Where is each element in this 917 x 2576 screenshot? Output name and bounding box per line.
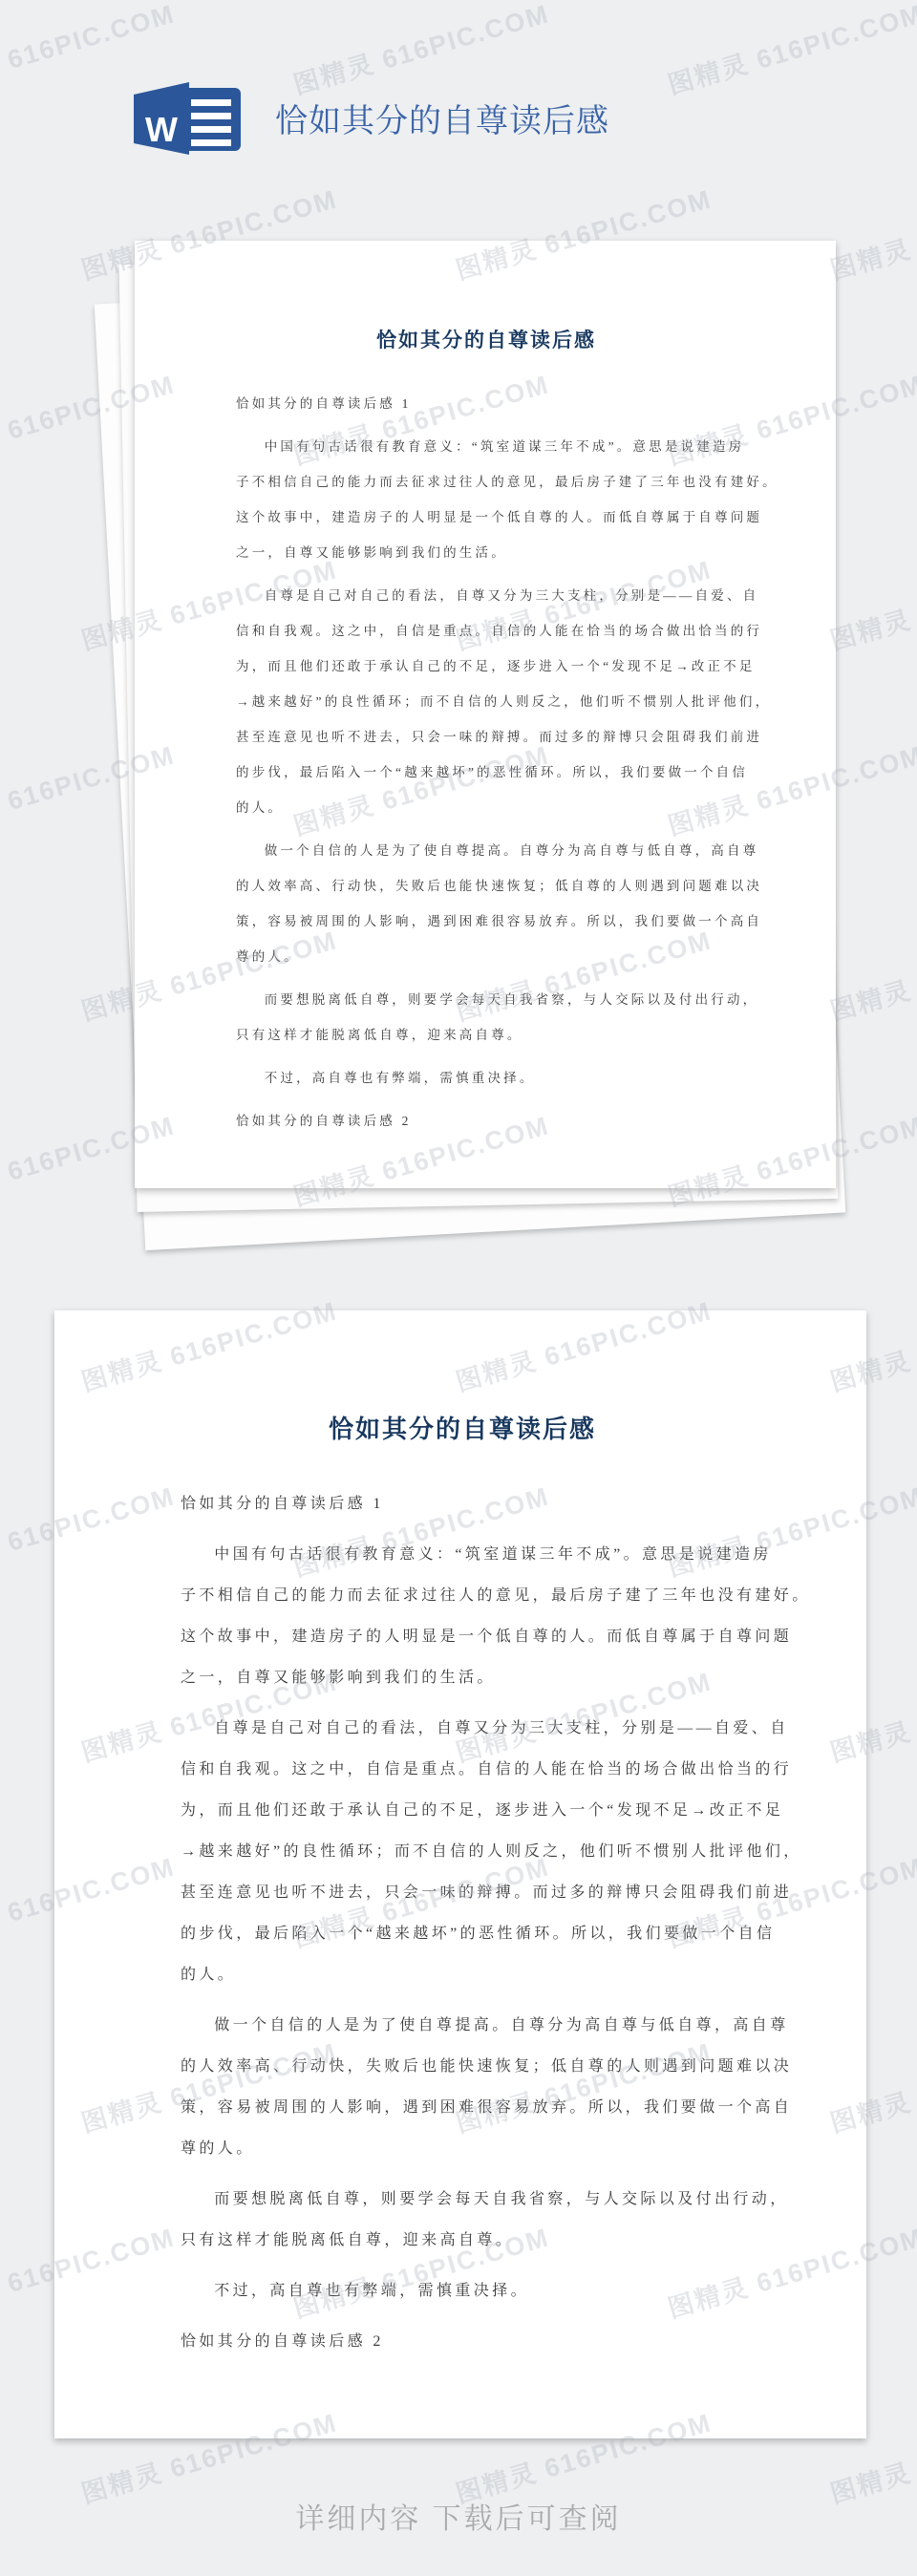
doc-line: 的步伐，最后陷入一个“越来越坏”的恶性循环。所以，我们要做一个自信 bbox=[236, 755, 736, 790]
doc-line: 自尊是自己对自己的看法，自尊又分为三大支柱，分别是——自爱、自 bbox=[236, 578, 736, 613]
doc-line: 为，而且他们还敢于承认自己的不足，逐步进入一个“发现不足→改正不足 bbox=[181, 1790, 744, 1831]
doc-line: 子不相信自己的能力而去征求过往人的意见，最后房子建了三年也没有建好。 bbox=[236, 464, 736, 500]
doc-line: 中国有句古话很有教育意义：“筑室道谋三年不成”。意思是说建造房 bbox=[181, 1534, 744, 1575]
header: W 恰如其分的自尊读后感 bbox=[124, 78, 609, 157]
word-icon-letter: W bbox=[145, 110, 178, 149]
doc-line: 之一，自尊又能够影响到我们的生活。 bbox=[236, 535, 736, 570]
doc-line: 中国有句古话很有教育意义：“筑室道谋三年不成”。意思是说建造房 bbox=[236, 429, 736, 464]
doc-line: 甚至连意见也听不进去，只会一味的辩搏。而过多的辩博只会阻碍我们前进 bbox=[181, 1872, 744, 1913]
doc-line: 的人。 bbox=[181, 1954, 744, 1995]
doc-line: 尊的人。 bbox=[236, 939, 736, 974]
paragraph: 不过，高自尊也有弊端，需慎重决择。 bbox=[181, 2270, 744, 2311]
doc-line: 不过，高自尊也有弊端，需慎重决择。 bbox=[236, 1060, 736, 1096]
doc-line: 做一个自信的人是为了使自尊提高。自尊分为高自尊与低自尊，高自尊 bbox=[181, 2005, 744, 2046]
document-preview-page-1: 恰如其分的自尊读后感恰如其分的自尊读后感 1中国有句古话很有教育意义：“筑室道谋… bbox=[135, 241, 836, 1188]
paragraph: 中国有句古话很有教育意义：“筑室道谋三年不成”。意思是说建造房子不相信自己的能力… bbox=[236, 429, 736, 570]
doc-line: 信和自我观。这之中，自信是重点。自信的人能在恰当的场合做出恰当的行 bbox=[236, 613, 736, 649]
document-body: 恰如其分的自尊读后感 1中国有句古话很有教育意义：“筑室道谋三年不成”。意思是说… bbox=[236, 386, 736, 1139]
doc-line: 只有这样才能脱离低自尊，迎来高自尊。 bbox=[236, 1017, 736, 1053]
document-body: 恰如其分的自尊读后感 1中国有句古话很有教育意义：“筑室道谋三年不成”。意思是说… bbox=[181, 1483, 744, 2362]
word-file-icon: W bbox=[124, 78, 243, 157]
doc-line: 只有这样才能脱离低自尊，迎来高自尊。 bbox=[181, 2220, 744, 2261]
download-hint-text: 详细内容 下载后可查阅 bbox=[0, 2495, 917, 2537]
paragraph: 而要想脱离低自尊，则要学会每天自我省察，与人交际以及付出行动，只有这样才能脱离低… bbox=[181, 2179, 744, 2261]
doc-line: 策，容易被周围的人影响，遇到困难很容易放弃。所以，我们要做一个高自 bbox=[236, 904, 736, 939]
watermark-text: 图精灵 616PIC.COM bbox=[663, 0, 917, 101]
doc-line: 信和自我观。这之中，自信是重点。自信的人能在恰当的场合做出恰当的行 bbox=[181, 1749, 744, 1790]
document-title: 恰如其分的自尊读后感 bbox=[236, 325, 736, 353]
document-preview-page-2: 恰如其分的自尊读后感恰如其分的自尊读后感 1中国有句古话很有教育意义：“筑室道谋… bbox=[54, 1310, 866, 2438]
section-heading: 恰如其分的自尊读后感 1 bbox=[236, 386, 736, 421]
doc-line: 甚至连意见也听不进去，只会一味的辩搏。而过多的辩博只会阻碍我们前进 bbox=[236, 719, 736, 755]
doc-line: 子不相信自己的能力而去征求过往人的意见，最后房子建了三年也没有建好。 bbox=[181, 1575, 744, 1616]
watermark-text: 图精灵 616PIC.COM bbox=[825, 179, 917, 287]
doc-line: 这个故事中，建造房子的人明显是一个低自尊的人。而低自尊属于自尊问题 bbox=[181, 1616, 744, 1657]
document-preview-stack: 恰如其分的自尊读后感恰如其分的自尊读后感 1中国有句古话很有教育意义：“筑室道谋… bbox=[135, 241, 836, 1188]
doc-line: 而要想脱离低自尊，则要学会每天自我省察，与人交际以及付出行动， bbox=[181, 2179, 744, 2220]
doc-line: 为，而且他们还敢于承认自己的不足，逐步进入一个“发现不足→改正不足 bbox=[236, 649, 736, 684]
doc-line: →越来越好”的良性循环；而不自信的人则反之，他们听不惯别人批评他们， bbox=[181, 1831, 744, 1872]
doc-line: 不过，高自尊也有弊端，需慎重决择。 bbox=[181, 2270, 744, 2311]
doc-line: 之一，自尊又能够影响到我们的生活。 bbox=[181, 1657, 744, 1698]
doc-line: 而要想脱离低自尊，则要学会每天自我省察，与人交际以及付出行动， bbox=[236, 982, 736, 1017]
doc-line: 的步伐，最后陷入一个“越来越坏”的恶性循环。所以，我们要做一个自信 bbox=[181, 1913, 744, 1954]
section-heading: 恰如其分的自尊读后感 2 bbox=[236, 1103, 736, 1139]
doc-line: 尊的人。 bbox=[181, 2128, 744, 2169]
doc-line: 策，容易被周围的人影响，遇到困难很容易放弃。所以，我们要做一个高自 bbox=[181, 2087, 744, 2128]
doc-line: 这个故事中，建造房子的人明显是一个低自尊的人。而低自尊属于自尊问题 bbox=[236, 500, 736, 535]
doc-line: 的人效率高、行动快，失败后也能快速恢复；低自尊的人则遇到问题难以决 bbox=[181, 2046, 744, 2087]
paragraph: 做一个自信的人是为了使自尊提高。自尊分为高自尊与低自尊，高自尊的人效率高、行动快… bbox=[236, 833, 736, 974]
paragraph: 中国有句古话很有教育意义：“筑室道谋三年不成”。意思是说建造房子不相信自己的能力… bbox=[181, 1534, 744, 1698]
paragraph: 而要想脱离低自尊，则要学会每天自我省察，与人交际以及付出行动，只有这样才能脱离低… bbox=[236, 982, 736, 1053]
doc-line: 做一个自信的人是为了使自尊提高。自尊分为高自尊与低自尊，高自尊 bbox=[236, 833, 736, 868]
paragraph: 自尊是自己对自己的看法，自尊又分为三大支柱，分别是——自爱、自信和自我观。这之中… bbox=[181, 1708, 744, 1995]
document-title: 恰如其分的自尊读后感 bbox=[181, 1410, 744, 1445]
doc-line: 的人效率高、行动快，失败后也能快速恢复；低自尊的人则遇到问题难以决 bbox=[236, 868, 736, 904]
paragraph: 做一个自信的人是为了使自尊提高。自尊分为高自尊与低自尊，高自尊的人效率高、行动快… bbox=[181, 2005, 744, 2169]
doc-line: 自尊是自己对自己的看法，自尊又分为三大支柱，分别是——自爱、自 bbox=[181, 1708, 744, 1749]
section-heading: 恰如其分的自尊读后感 2 bbox=[181, 2321, 744, 2362]
watermark-text: 图精灵 616PIC.COM bbox=[825, 549, 917, 658]
doc-line: 的人。 bbox=[236, 790, 736, 825]
doc-line: →越来越好”的良性循环；而不自信的人则反之，他们听不惯别人批评他们， bbox=[236, 684, 736, 719]
paragraph: 不过，高自尊也有弊端，需慎重决择。 bbox=[236, 1060, 736, 1096]
section-heading: 恰如其分的自尊读后感 1 bbox=[181, 1483, 744, 1524]
paragraph: 自尊是自己对自己的看法，自尊又分为三大支柱，分别是——自爱、自信和自我观。这之中… bbox=[236, 578, 736, 825]
page-background: 图精灵 616PIC.COM图精灵 616PIC.COM图精灵 616PIC.C… bbox=[0, 0, 917, 2576]
page-title: 恰如其分的自尊读后感 bbox=[275, 95, 609, 141]
watermark-text: 图精灵 616PIC.COM bbox=[825, 920, 917, 1029]
